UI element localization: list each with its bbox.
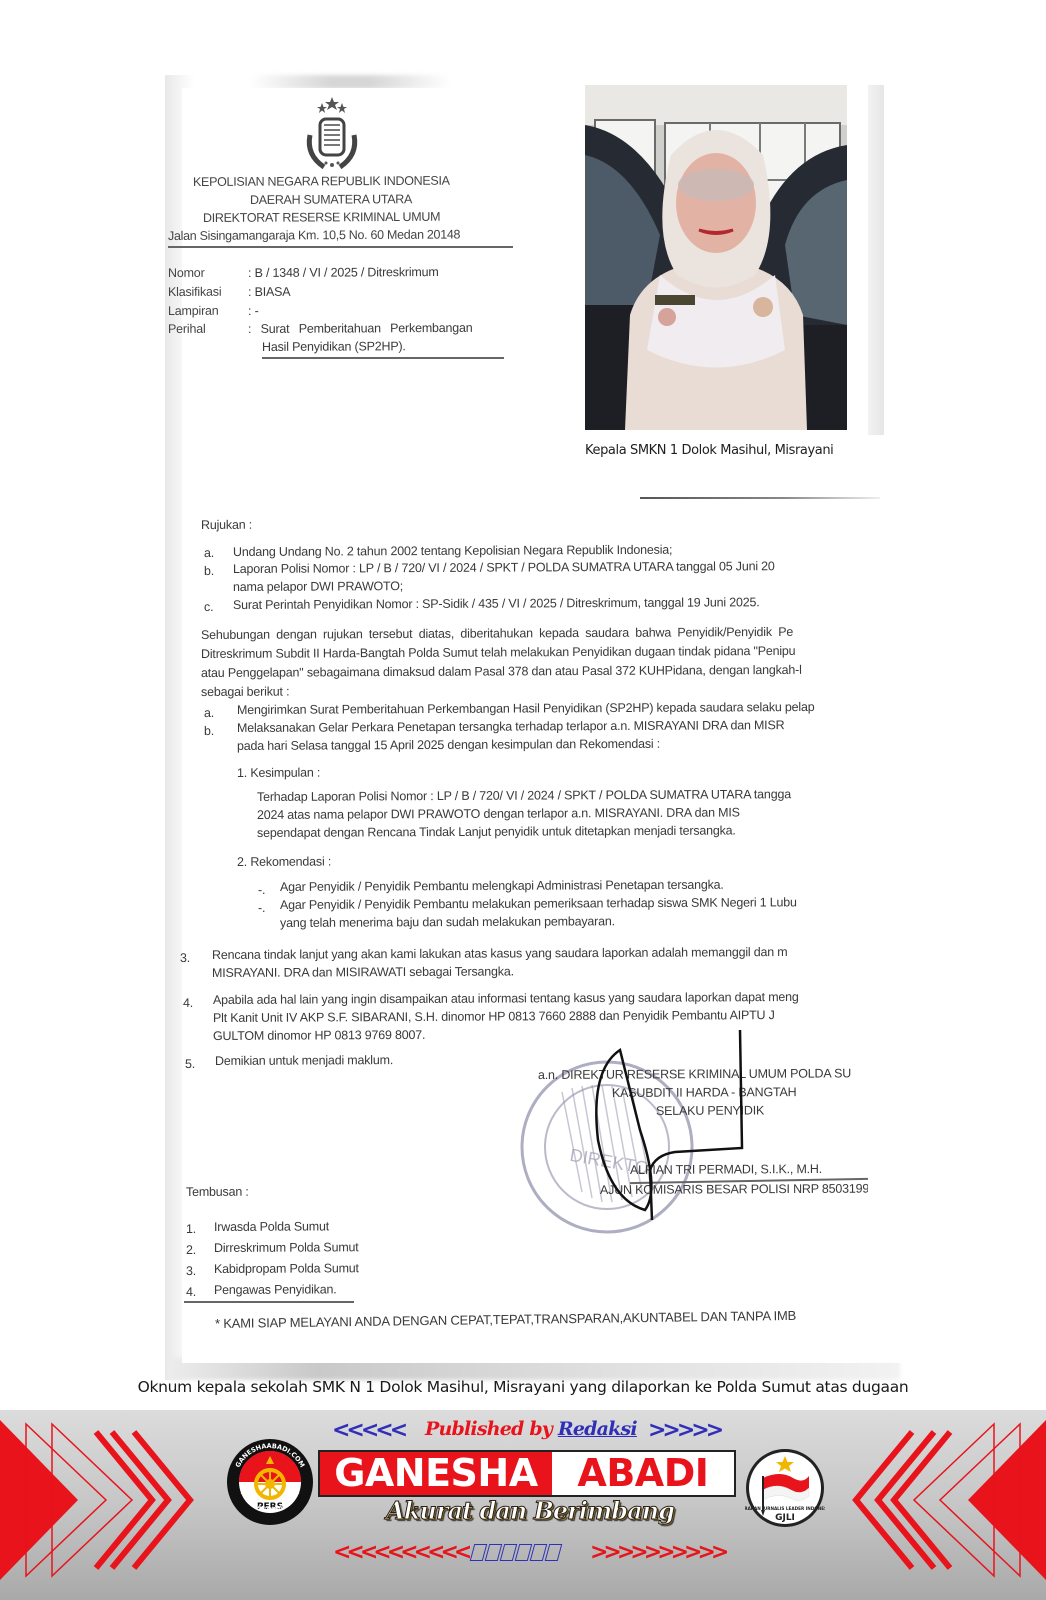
article-caption: Oknum kepala sekolah SMK N 1 Dolok Masih…	[0, 1378, 1046, 1396]
numbered-item-line: GULTOM dinomor HP 0813 9769 8007.	[213, 1028, 425, 1043]
rekomendasi-title: 2. Rekomendasi :	[237, 855, 331, 869]
photo-caption: Kepala SMKN 1 Dolok Masihul, Misrayani	[585, 443, 833, 458]
perihal-rule	[262, 357, 504, 359]
brand-tagline: Akurat dan Berimbang	[330, 1496, 730, 1525]
handwritten-signature-icon	[560, 1030, 780, 1220]
meta-value-perihal-cont: Hasil Penyidikan (SP2HP).	[262, 339, 406, 354]
list-marker: 3.	[186, 1264, 196, 1278]
missing-glyph-icon	[545, 1544, 563, 1561]
kesimpulan-line: sependapat dengan Rencana Tindak Lanjut …	[257, 823, 736, 840]
ganesha-abadi-logo-icon: PERS GANESHAABADI.COM PT.MEDIA GANESIA A…	[226, 1438, 314, 1526]
meta-value-klasifikasi: : BIASA	[248, 285, 290, 299]
scan-shadow	[250, 75, 450, 89]
publisher-banner: PERS GANESHAABADI.COM PT.MEDIA GANESIA A…	[0, 1410, 1046, 1600]
chevrons-left-blue: <<<<<	[332, 1418, 404, 1443]
meta-value-nomor: : B / 1348 / VI / 2025 / Ditreskrimum	[248, 265, 439, 280]
list-marker: 5.	[185, 1057, 195, 1071]
meta-label: Nomor	[168, 266, 226, 280]
list-marker: 1.	[186, 1222, 196, 1236]
chevrons-right-red: >>>>>>>>>>	[590, 1540, 724, 1565]
tembusan-item: Dirreskrimum Polda Sumut	[214, 1240, 359, 1255]
rujukan-item: Surat Perintah Penyidikan Nomor : SP-Sid…	[233, 595, 760, 612]
tembusan-title: Tembusan :	[186, 1185, 249, 1199]
published-by-link[interactable]: Redaksi	[558, 1418, 637, 1440]
list-marker: a.	[204, 706, 214, 720]
published-prefix: Published by	[425, 1418, 558, 1440]
chevrons-left-red: <<<<<<<<<<	[333, 1540, 467, 1565]
portrait-photo	[585, 85, 847, 430]
letter-header-line: DIREKTORAT RESERSE KRIMINAL UMUM	[203, 210, 440, 225]
police-crest-icon	[292, 95, 372, 175]
list-marker: 2.	[186, 1243, 196, 1257]
meta-label: Perihal	[168, 322, 226, 336]
placeholder-glyphs	[472, 1544, 560, 1561]
list-marker: -.	[258, 883, 265, 897]
rujukan-item-cont: nama pelapor DWI PRAWOTO;	[233, 579, 403, 594]
chevrons-right-blue: >>>>>	[648, 1418, 720, 1443]
numbered-item-line: MISRAYANI. DRA dan MISIRAWATI sebagai Te…	[212, 964, 514, 980]
step-item-cont: pada hari Selasa tanggal 15 April 2025 d…	[237, 737, 660, 753]
meta-label: Klasifikasi	[168, 285, 226, 299]
arrow-decoration-left-icon	[0, 1410, 200, 1600]
brand-name-part1: GANESHA	[320, 1452, 552, 1495]
header-rule	[168, 246, 513, 248]
kesimpulan-title: 1. Kesimpulan :	[237, 766, 320, 780]
list-marker: a.	[204, 546, 214, 560]
tembusan-item: Pengawas Penyidikan.	[214, 1282, 337, 1297]
letter-header-line: KEPOLISIAN NEGARA REPUBLIK INDONESIA	[193, 174, 450, 189]
rekomendasi-item-cont: yang telah menerima baju dan sudah melak…	[280, 914, 615, 930]
letter-address: Jalan Sisingamangaraja Km. 10,5 No. 60 M…	[168, 227, 513, 243]
meta-value-perihal: : Surat Pemberitahuan Perkembangan	[248, 321, 473, 336]
list-marker: b.	[204, 724, 214, 738]
list-marker: c.	[204, 600, 213, 614]
list-marker: 3.	[180, 951, 190, 965]
brand-logo: GANESHA ABADI	[318, 1450, 736, 1497]
published-by-label: Published by Redaksi	[425, 1418, 637, 1440]
portrait-image	[585, 85, 847, 430]
tembusan-rule	[184, 1301, 354, 1303]
list-marker: 4.	[186, 1285, 196, 1299]
list-marker: b.	[204, 564, 214, 578]
photo-backdrop	[868, 85, 884, 435]
rujukan-item: Undang Undang No. 2 tahun 2002 tentang K…	[233, 543, 672, 559]
tembusan-item: Irwasda Polda Sumut	[214, 1219, 329, 1234]
list-marker: 4.	[183, 996, 193, 1010]
svg-text:GJLI: GJLI	[775, 1513, 795, 1523]
rekomendasi-item: Agar Penyidik / Penyidik Pembantu meleng…	[280, 878, 724, 894]
svg-text:GERAKAN JURNALIS LEADER INDONE: GERAKAN JURNALIS LEADER INDONESIA	[745, 1506, 825, 1511]
gjli-logo-icon: GERAKAN JURNALIS LEADER INDONESIA GJLI	[745, 1448, 825, 1528]
meta-value-lampiran: : -	[248, 304, 259, 318]
arrow-decoration-right-icon	[846, 1410, 1046, 1600]
meta-label: Lampiran	[168, 304, 226, 318]
list-marker: -.	[258, 901, 265, 915]
numbered-item-line: Demikian untuk menjadi maklum.	[215, 1053, 393, 1068]
brand-name-part2: ABADI	[552, 1452, 734, 1495]
tembusan-item: Kabidpropam Polda Sumut	[214, 1261, 359, 1276]
rujukan-title: Rujukan :	[201, 518, 252, 532]
body-paragraph-line: sebagai berikut :	[201, 685, 289, 699]
photo-divider	[640, 497, 880, 499]
letter-header-line: DAERAH SUMATERA UTARA	[250, 192, 412, 207]
